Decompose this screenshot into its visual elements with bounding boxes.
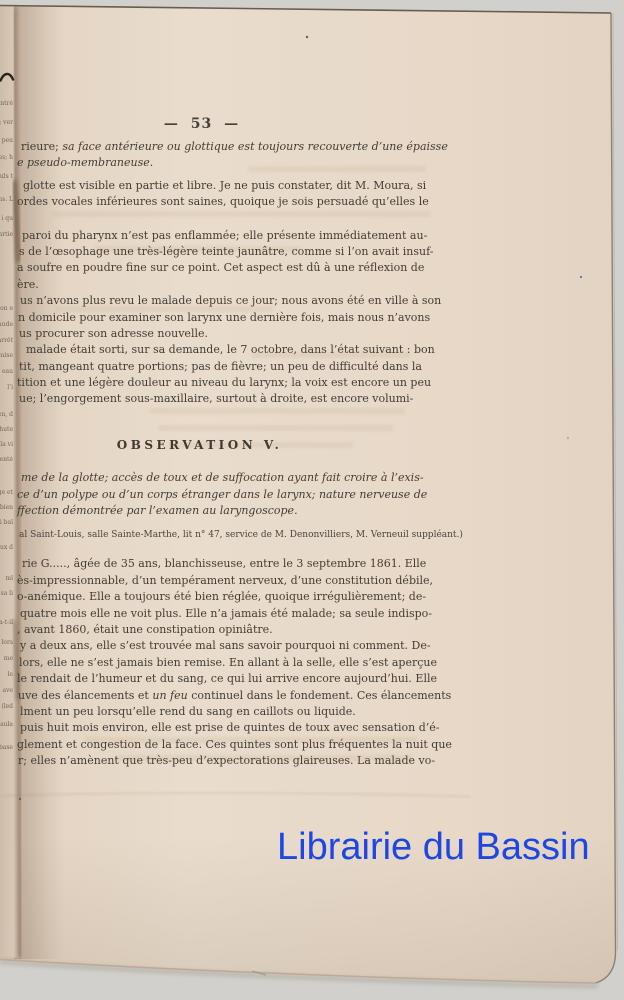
edge-text-fragment: rien, d <box>0 411 13 418</box>
text-line: ère. <box>17 277 424 293</box>
text-line: lors, elle ne s’est jamais bien remise. … <box>17 655 424 671</box>
edge-text-fragment: chute <box>0 426 13 433</box>
text-line: us procurer son adresse nouvelle. <box>17 326 424 342</box>
text-line: ue; l’engorgement sous-maxillaire, surto… <box>17 391 424 407</box>
section-heading: OBSERVATION V. <box>0 437 403 453</box>
edge-text-fragment: ml <box>5 575 13 582</box>
watermark-librairie-du-bassin: Librairie du Bassin <box>277 831 616 865</box>
edge-text-fragment: l’entré <box>0 100 13 107</box>
text-line: paroi du pharynx n’est pas enflammée; el… <box>17 228 424 244</box>
text-line: e pseudo-membraneuse. <box>17 155 424 171</box>
paragraph-gap <box>17 211 424 228</box>
edge-text-fragment: base <box>0 744 13 751</box>
text-line: quatre mois elle ne voit plus. Elle n’a … <box>17 606 424 622</box>
edge-text-fragment: n peu <box>0 137 13 144</box>
edge-text-fragment: i qu <box>1 215 13 222</box>
page-number-text: — 53 — <box>164 116 239 132</box>
edge-text-fragment: ous; h <box>0 154 13 161</box>
edge-text-fragment: de bien <box>0 504 13 511</box>
edge-text-fragment: me <box>4 655 13 662</box>
edge-text-fragment: ceux d <box>0 544 13 551</box>
paragraph-gap <box>17 453 424 470</box>
text-line: n domicile pour examiner son larynx une … <box>17 310 424 326</box>
edge-text-fragment: aula <box>0 721 13 728</box>
edge-text-fragment: inventé <box>0 456 13 463</box>
edge-text-fragment: l’i <box>7 384 13 391</box>
text-line: malade était sorti, sur sa demande, le 7… <box>17 342 424 358</box>
paragraph-gap <box>17 519 424 528</box>
text-line: r; elles n’amènent que très-peu d’expect… <box>17 753 424 769</box>
edge-text-fragment: son e <box>0 305 13 312</box>
text-line: rieure; sa face antérieure ou glottique … <box>17 139 424 155</box>
text-line: le rendait de l’humeur et du sang, ce qu… <box>17 671 424 687</box>
edge-text-fragment: age et <box>0 489 13 496</box>
text-line: glotte est visible en partie et libre. J… <box>17 178 424 194</box>
edge-text-fragment: mise <box>0 352 13 359</box>
text-line: a soufre en poudre fine sur ce point. Ce… <box>17 260 424 276</box>
edge-text-fragment: ions. L <box>0 196 13 203</box>
text-line: al Saint-Louis, salle Sainte-Marthe, lit… <box>17 528 424 542</box>
text-line: o-anémique. Elle a toujours été bien rég… <box>17 589 424 605</box>
text-line: ffection démontrée par l’examen au laryn… <box>17 503 424 519</box>
edge-text-fragment: lors <box>2 639 13 646</box>
text-line: s de l’œsophage une très-légère teinte j… <box>17 244 424 260</box>
edge-text-fragment: ave <box>2 687 13 694</box>
text-line: ordes vocales inférieures sont saines, q… <box>17 194 424 210</box>
scanned-book-page: — 53 — rieure; sa face antérieure ou glo… <box>0 0 624 1000</box>
edge-text-fragment: aude <box>0 321 13 328</box>
text-line: us n’avons plus revu le malade depuis ce… <box>17 293 424 309</box>
text-line: ès-impressionnable, d’un tempérament ner… <box>17 573 424 589</box>
text-column: rieure; sa face antérieure ou glottique … <box>17 139 424 770</box>
text-line: tition et une légère douleur au niveau d… <box>17 375 424 391</box>
paragraph-gap <box>17 408 424 437</box>
text-line: lment un peu lorsqu’elle rend du sang en… <box>17 704 424 720</box>
text-line: y a deux ans, elle s’est trouvée mal san… <box>17 638 424 654</box>
text-line: puis huit mois environ, elle est prise d… <box>17 720 424 736</box>
edge-text-fragment: sa li <box>1 590 13 597</box>
page-number: — 53 — <box>0 116 405 132</box>
text-line: glement et congestion de la face. Ces qu… <box>17 737 424 753</box>
text-line: ce d’un polype ou d’un corps étranger da… <box>17 487 424 503</box>
edge-text-fragment: à eau <box>0 368 13 375</box>
text-line: me de la glotte; accès de toux et de suf… <box>17 470 424 486</box>
edge-text-fragment: arrêt <box>0 337 13 344</box>
left-edge-fragments: l’entréé; vern peuous; houls tions. Li q… <box>0 0 14 1000</box>
text-line: uve des élancements et un feu continuel … <box>17 688 424 704</box>
edge-text-fragment: si bal <box>0 519 13 526</box>
edge-text-fragment: à la vi <box>0 441 13 448</box>
edge-text-fragment: ouls t <box>0 173 13 180</box>
edge-text-fragment: le <box>8 671 13 678</box>
edge-text-fragment: é; ver <box>0 119 13 126</box>
text-line: , avant 1860, était une constipation opi… <box>17 622 424 638</box>
edge-text-fragment: (led <box>1 703 13 710</box>
edge-text-fragment: partie <box>0 231 13 238</box>
text-line: rie G....., âgée de 35 ans, blanchisseus… <box>17 556 424 572</box>
edge-text-fragment: a-t-il <box>0 619 13 626</box>
paragraph-gap <box>17 542 424 556</box>
watermark-text: Librairie du Bassin <box>277 831 590 863</box>
text-line: tit, mangeant quatre portions; pas de fi… <box>17 359 424 375</box>
